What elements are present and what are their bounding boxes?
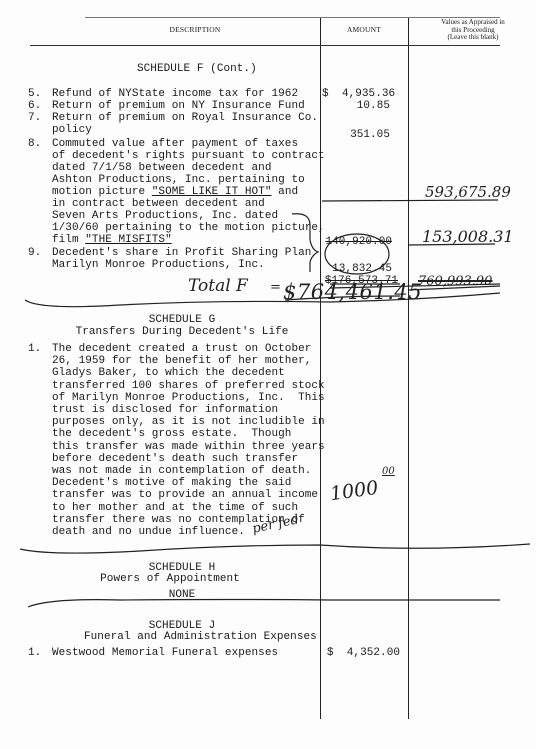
item-text: Return of premium on Royal Insurance Co.	[52, 112, 318, 124]
schedule-j-subtitle: Funeral and Administration Expenses	[84, 631, 317, 643]
item-text: Return of premium on NY Insurance Fund	[52, 100, 305, 112]
header-appraised: Values as Appraised in this Proceeding (…	[410, 19, 536, 42]
handwritten-appraised-value-2: 153,008.31	[422, 227, 514, 246]
item-text: Marilyn Monroe Productions, Inc.	[52, 259, 265, 271]
item-text: of Marilyn Monroe Productions, Inc. This	[52, 392, 325, 404]
item-text: Seven Arts Productions, Inc. dated	[52, 210, 278, 222]
item-amount: 10.85	[322, 100, 390, 112]
schedule-h-none: NONE	[52, 589, 312, 601]
item-number: 1.	[28, 647, 41, 659]
schedule-f-title: SCHEDULE F (Cont.)	[137, 63, 257, 75]
item-amount: 351.05	[322, 129, 390, 141]
item-text: before decedent's death such transfer	[52, 453, 325, 465]
item-amount: 140,920.00	[322, 236, 392, 248]
header-top-rule	[85, 17, 500, 18]
item-text: Ashton Productions, Inc. pertaining to	[52, 174, 305, 186]
header-description: DESCRIPTION	[120, 25, 270, 34]
handwritten-total-value: $764,461.45	[283, 280, 422, 304]
item-text: was not made in contemplation of death.	[52, 465, 325, 477]
item-text: motion picture	[52, 186, 152, 198]
schedule-h-subtitle: Powers of Appointment	[40, 573, 300, 585]
item-text: Westwood Memorial Funeral expenses	[52, 647, 278, 659]
item-amount: $ 4,935.36	[322, 88, 390, 100]
handwritten-appraised-value-1: 593,675.89	[425, 183, 511, 201]
item-text-film-line: motion picture "SOME LIKE IT HOT" and	[52, 186, 298, 198]
item-amount: 13,832.45	[322, 263, 392, 275]
item-text: policy	[52, 124, 92, 136]
header-amount: AMOUNT	[322, 25, 406, 34]
item-text: the decedent's gross estate. Though	[52, 428, 325, 440]
item-text: transfer was to provide an annual income	[52, 489, 325, 501]
header-appraised-line3: (Leave this blank)	[410, 34, 536, 42]
item-number: 8.	[28, 138, 41, 150]
item-number: 9.	[28, 247, 41, 259]
item-text: Gladys Baker, to which the decedent	[52, 367, 325, 379]
item-number: 6.	[28, 100, 41, 112]
item-text: The decedent created a trust on October	[52, 343, 325, 355]
document-page: DESCRIPTION AMOUNT Values as Appraised i…	[0, 0, 536, 749]
item-text: this transfer was made within three year…	[52, 441, 325, 453]
handwritten-total-equals: =	[270, 280, 281, 295]
item-text: to her mother and at the time of such	[52, 502, 325, 514]
item-text: and	[272, 186, 299, 198]
item-text-film-line: film "THE MISFITS"	[52, 234, 172, 246]
item-text: 26, 1959 for the benefit of her mother,	[52, 355, 325, 367]
handwritten-gift-amount: 1000	[329, 477, 380, 506]
schedule-g-title: SCHEDULE G	[52, 314, 312, 326]
item-text: trust is disclosed for information	[52, 404, 325, 416]
item-text: transferred 100 shares of preferred stoc…	[52, 380, 325, 392]
column-divider-amount-right	[408, 17, 409, 719]
item-text: 1/30/60 pertaining to the motion picture…	[52, 222, 325, 234]
item-text: purposes only, as it is not includible i…	[52, 416, 325, 428]
item-text: Commuted value after payment of taxes	[52, 138, 298, 150]
schedule-g-item-text: The decedent created a trust on October2…	[52, 343, 325, 538]
handwritten-crossed-value: 760,993.90	[418, 274, 492, 289]
item-number: 1.	[28, 343, 41, 355]
item-text: Decedent's share in Profit Sharing Plan	[52, 247, 311, 259]
item-amount: $ 4,352.00	[322, 647, 400, 659]
film-title-the-misfits: "THE MISFITS"	[85, 234, 171, 246]
item-number: 5.	[28, 88, 41, 100]
item-text: in contract between decedent and	[52, 198, 265, 210]
schedule-g-subtitle: Transfers During Decedent's Life	[52, 326, 312, 338]
item-number: 7.	[28, 112, 41, 124]
item-text: dated 7/1/58 between decedent and	[52, 162, 272, 174]
header-bottom-rule	[30, 45, 500, 46]
item-text: of decedent's rights pursuant to contrac…	[52, 150, 325, 162]
handwritten-total-label: Total F	[188, 276, 248, 296]
film-title-some-like-it-hot: "SOME LIKE IT HOT"	[152, 186, 272, 198]
item-text: Decedent's motive of making the said	[52, 477, 325, 489]
item-text: film	[52, 234, 85, 246]
item-text: Refund of NYState income tax for 1962	[52, 88, 298, 100]
handwritten-gift-cents: 00	[382, 466, 395, 477]
